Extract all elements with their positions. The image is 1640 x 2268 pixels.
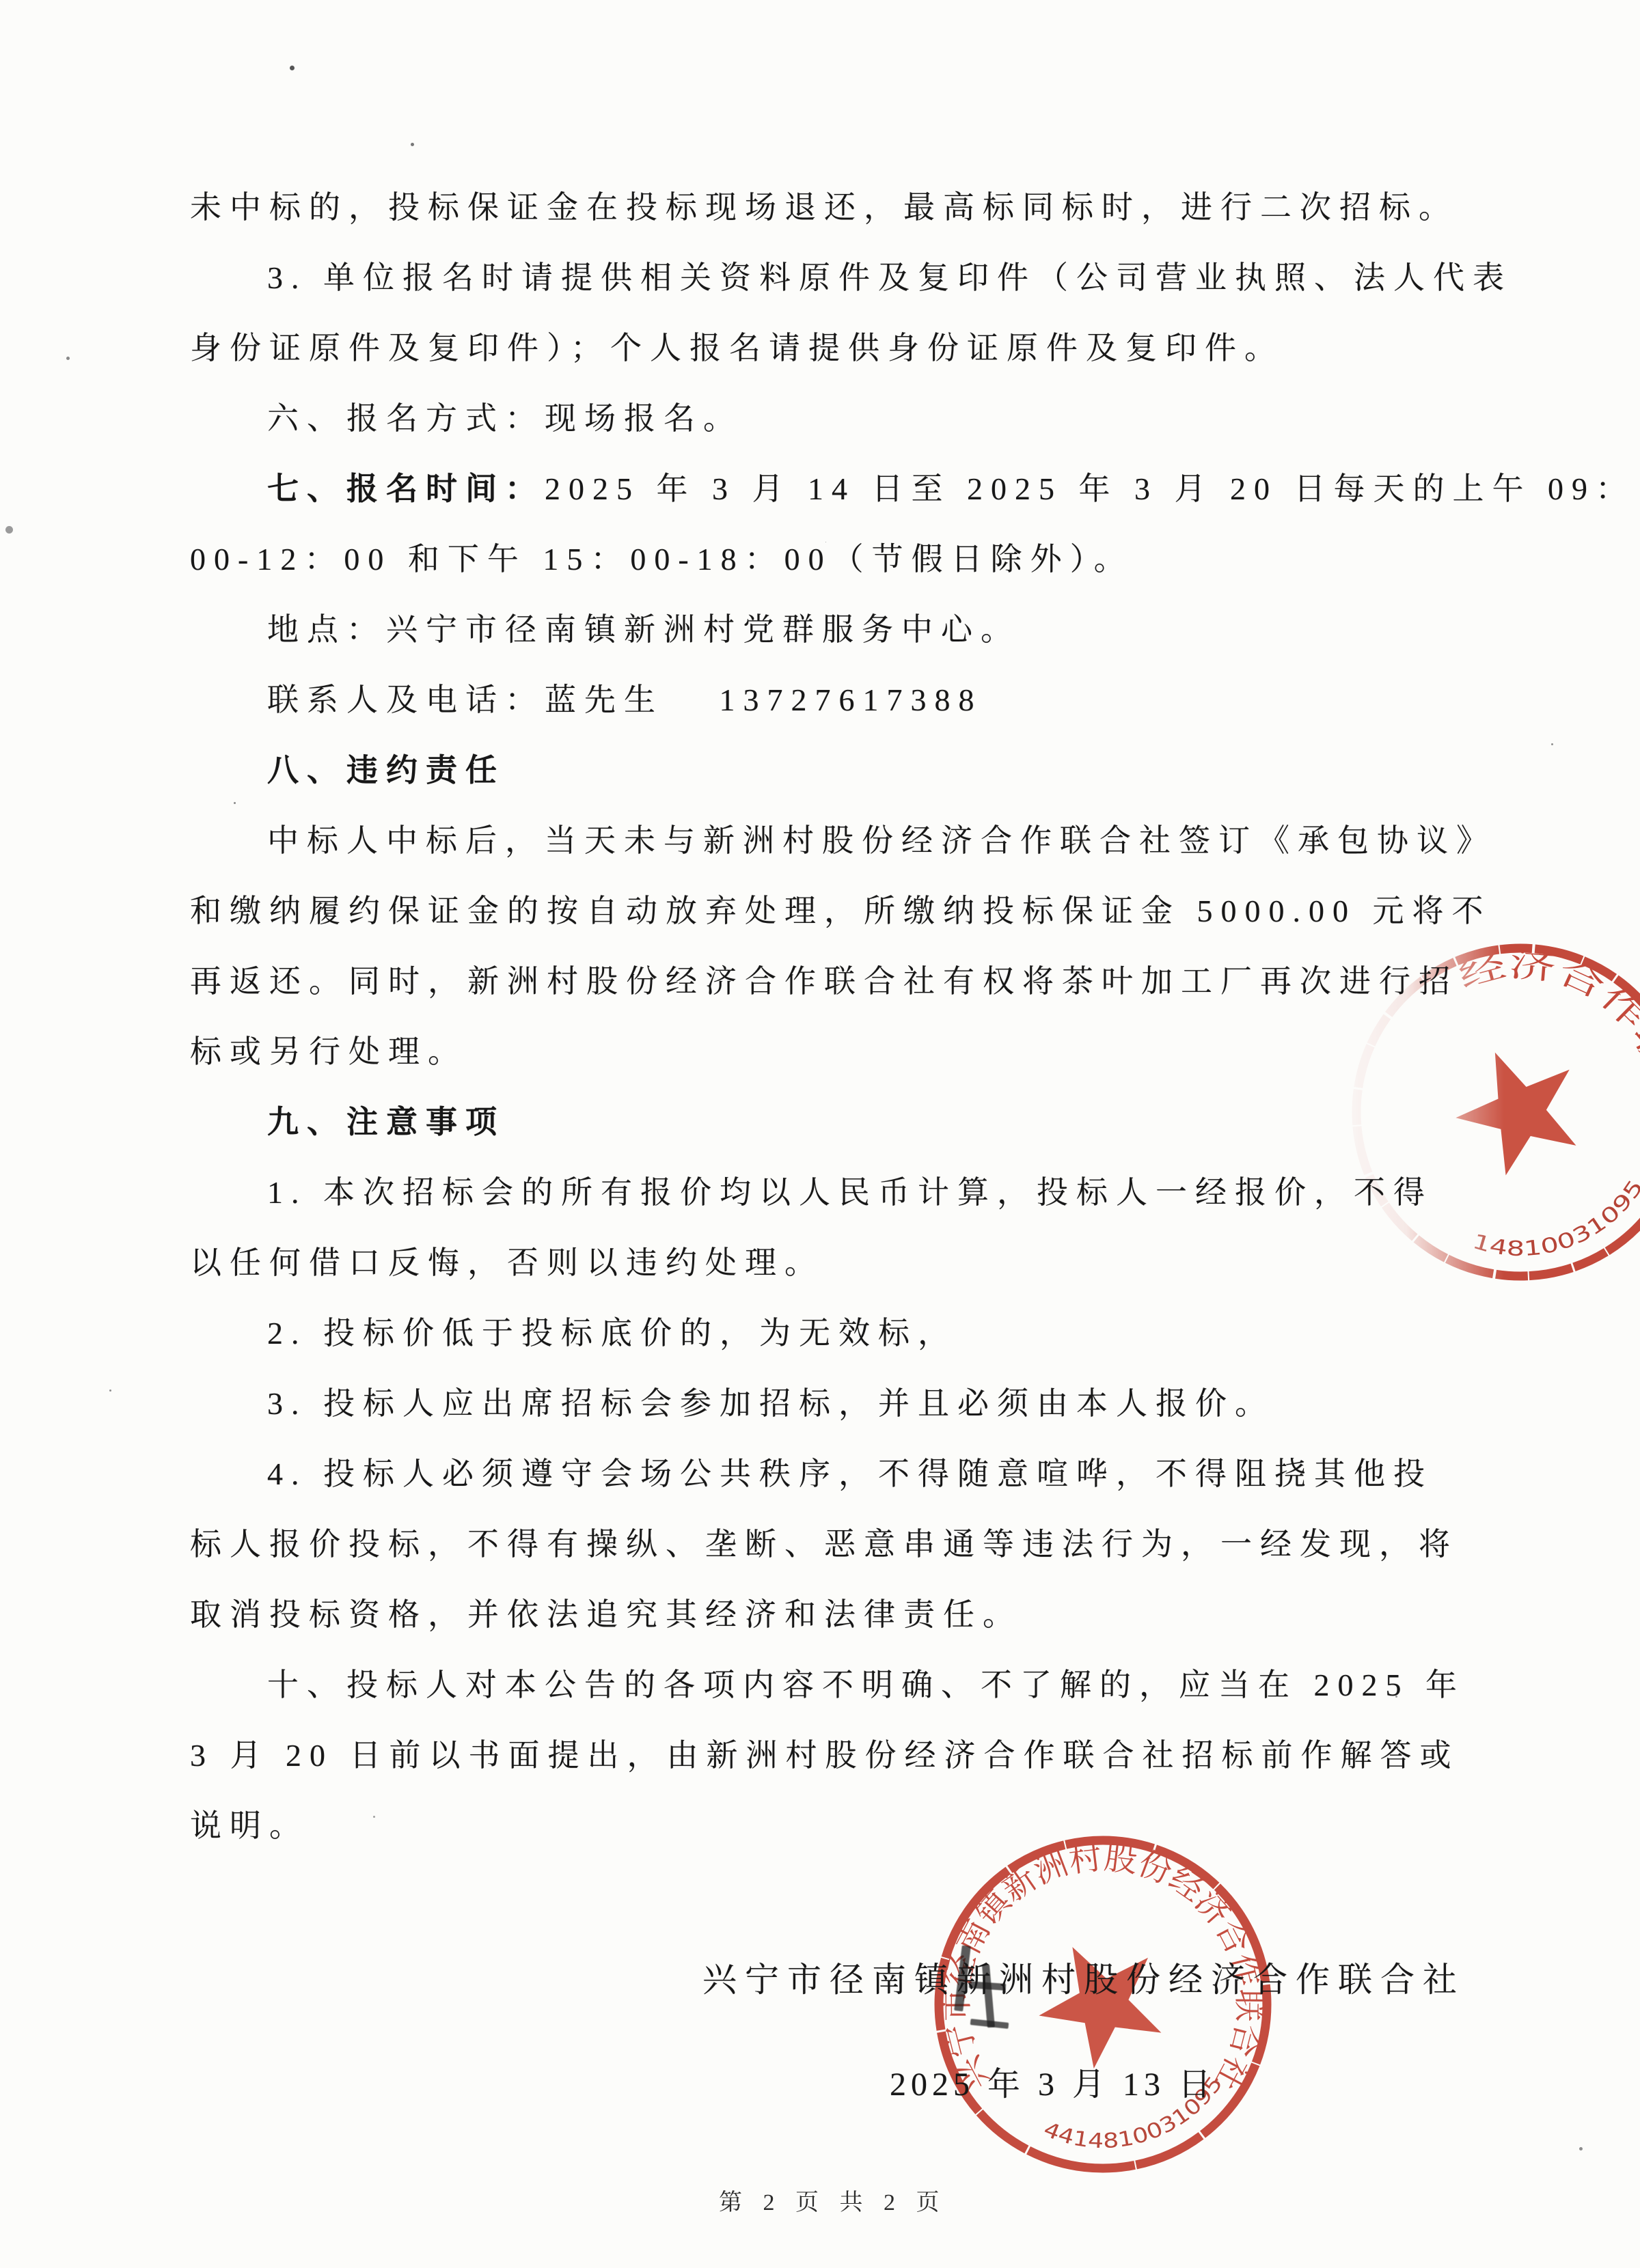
- scanned-document-page: 经济合作联合社 14810031095 兴宁市径南镇新洲村股份经济合作联合社 4…: [0, 0, 1640, 2268]
- section-heading: 七、报名时间：: [267, 471, 545, 506]
- doc-line: 再返还。同时，新洲村股份经济合作联合社有权将茶叶加工厂再次进行招: [190, 946, 1557, 1017]
- doc-line: 标或另行处理。: [190, 1017, 1557, 1087]
- doc-line: 3 月 20 日前以书面提出，由新洲村股份经济合作联合社招标前作解答或: [190, 1720, 1557, 1790]
- doc-line: 未中标的，投标保证金在投标现场退还，最高标同标时，进行二次招标。: [190, 172, 1557, 243]
- section-heading: 九、注意事项: [190, 1087, 1557, 1157]
- doc-line: 和缴纳履约保证金的按自动放弃处理，所缴纳投标保证金 5000.00 元将不: [190, 876, 1557, 946]
- doc-line: 七、报名时间：2025 年 3 月 14 日至 2025 年 3 月 20 日每…: [190, 454, 1557, 524]
- doc-line: 以任何借口反悔，否则以违约处理。: [190, 1228, 1557, 1298]
- doc-line: 取消投标资格，并依法追究其经济和法律责任。: [190, 1579, 1557, 1650]
- doc-line: 4. 投标人必须遵守会场公共秩序，不得随意喧哗，不得阻挠其他投: [190, 1439, 1557, 1509]
- doc-line: 标人报价投标，不得有操纵、垄断、恶意串通等违法行为，一经发现，将: [190, 1509, 1557, 1579]
- doc-line: 说明。: [190, 1790, 1557, 1861]
- doc-line-text: 2025 年 3 月 14 日至 2025 年 3 月 20 日每天的上午 09…: [545, 471, 1635, 506]
- scan-speck: [290, 66, 295, 70]
- doc-line: 联系人及电话：蓝先生 13727617388: [190, 665, 1557, 735]
- doc-line: 中标人中标后，当天未与新洲村股份经济合作联合社签订《承包协议》: [190, 805, 1557, 876]
- doc-line: 地点：兴宁市径南镇新洲村党群服务中心。: [190, 594, 1557, 665]
- section-heading: 八、违约责任: [190, 735, 1557, 805]
- doc-line: 2. 投标价低于投标底价的，为无效标，: [190, 1298, 1557, 1368]
- doc-line: 00-12：00 和下午 15：00-18：00（节假日除外）。: [190, 524, 1557, 594]
- page-footer: 第 2 页 共 2 页: [719, 2183, 947, 2217]
- doc-line: 3. 单位报名时请提供相关资料原件及复印件（公司营业执照、法人代表: [190, 243, 1557, 313]
- date-line: 2025 年 3 月 13 日: [890, 2058, 1216, 2105]
- doc-line: 1. 本次招标会的所有报价均以人民币计算，投标人一经报价，不得: [190, 1157, 1557, 1228]
- signature-line: 兴宁市径南镇新洲村股份经济合作联合社: [702, 1952, 1465, 2002]
- doc-line: 3. 投标人应出席招标会参加招标，并且必须由本人报价。: [190, 1368, 1557, 1439]
- doc-line: 六、报名方式：现场报名。: [190, 383, 1557, 454]
- document-body: 未中标的，投标保证金在投标现场退还，最高标同标时，进行二次招标。 3. 单位报名…: [190, 172, 1557, 1861]
- doc-line: 十、投标人对本公告的各项内容不明确、不了解的，应当在 2025 年: [190, 1650, 1557, 1720]
- doc-line: 身份证原件及复印件）；个人报名请提供身份证原件及复印件。: [190, 313, 1557, 383]
